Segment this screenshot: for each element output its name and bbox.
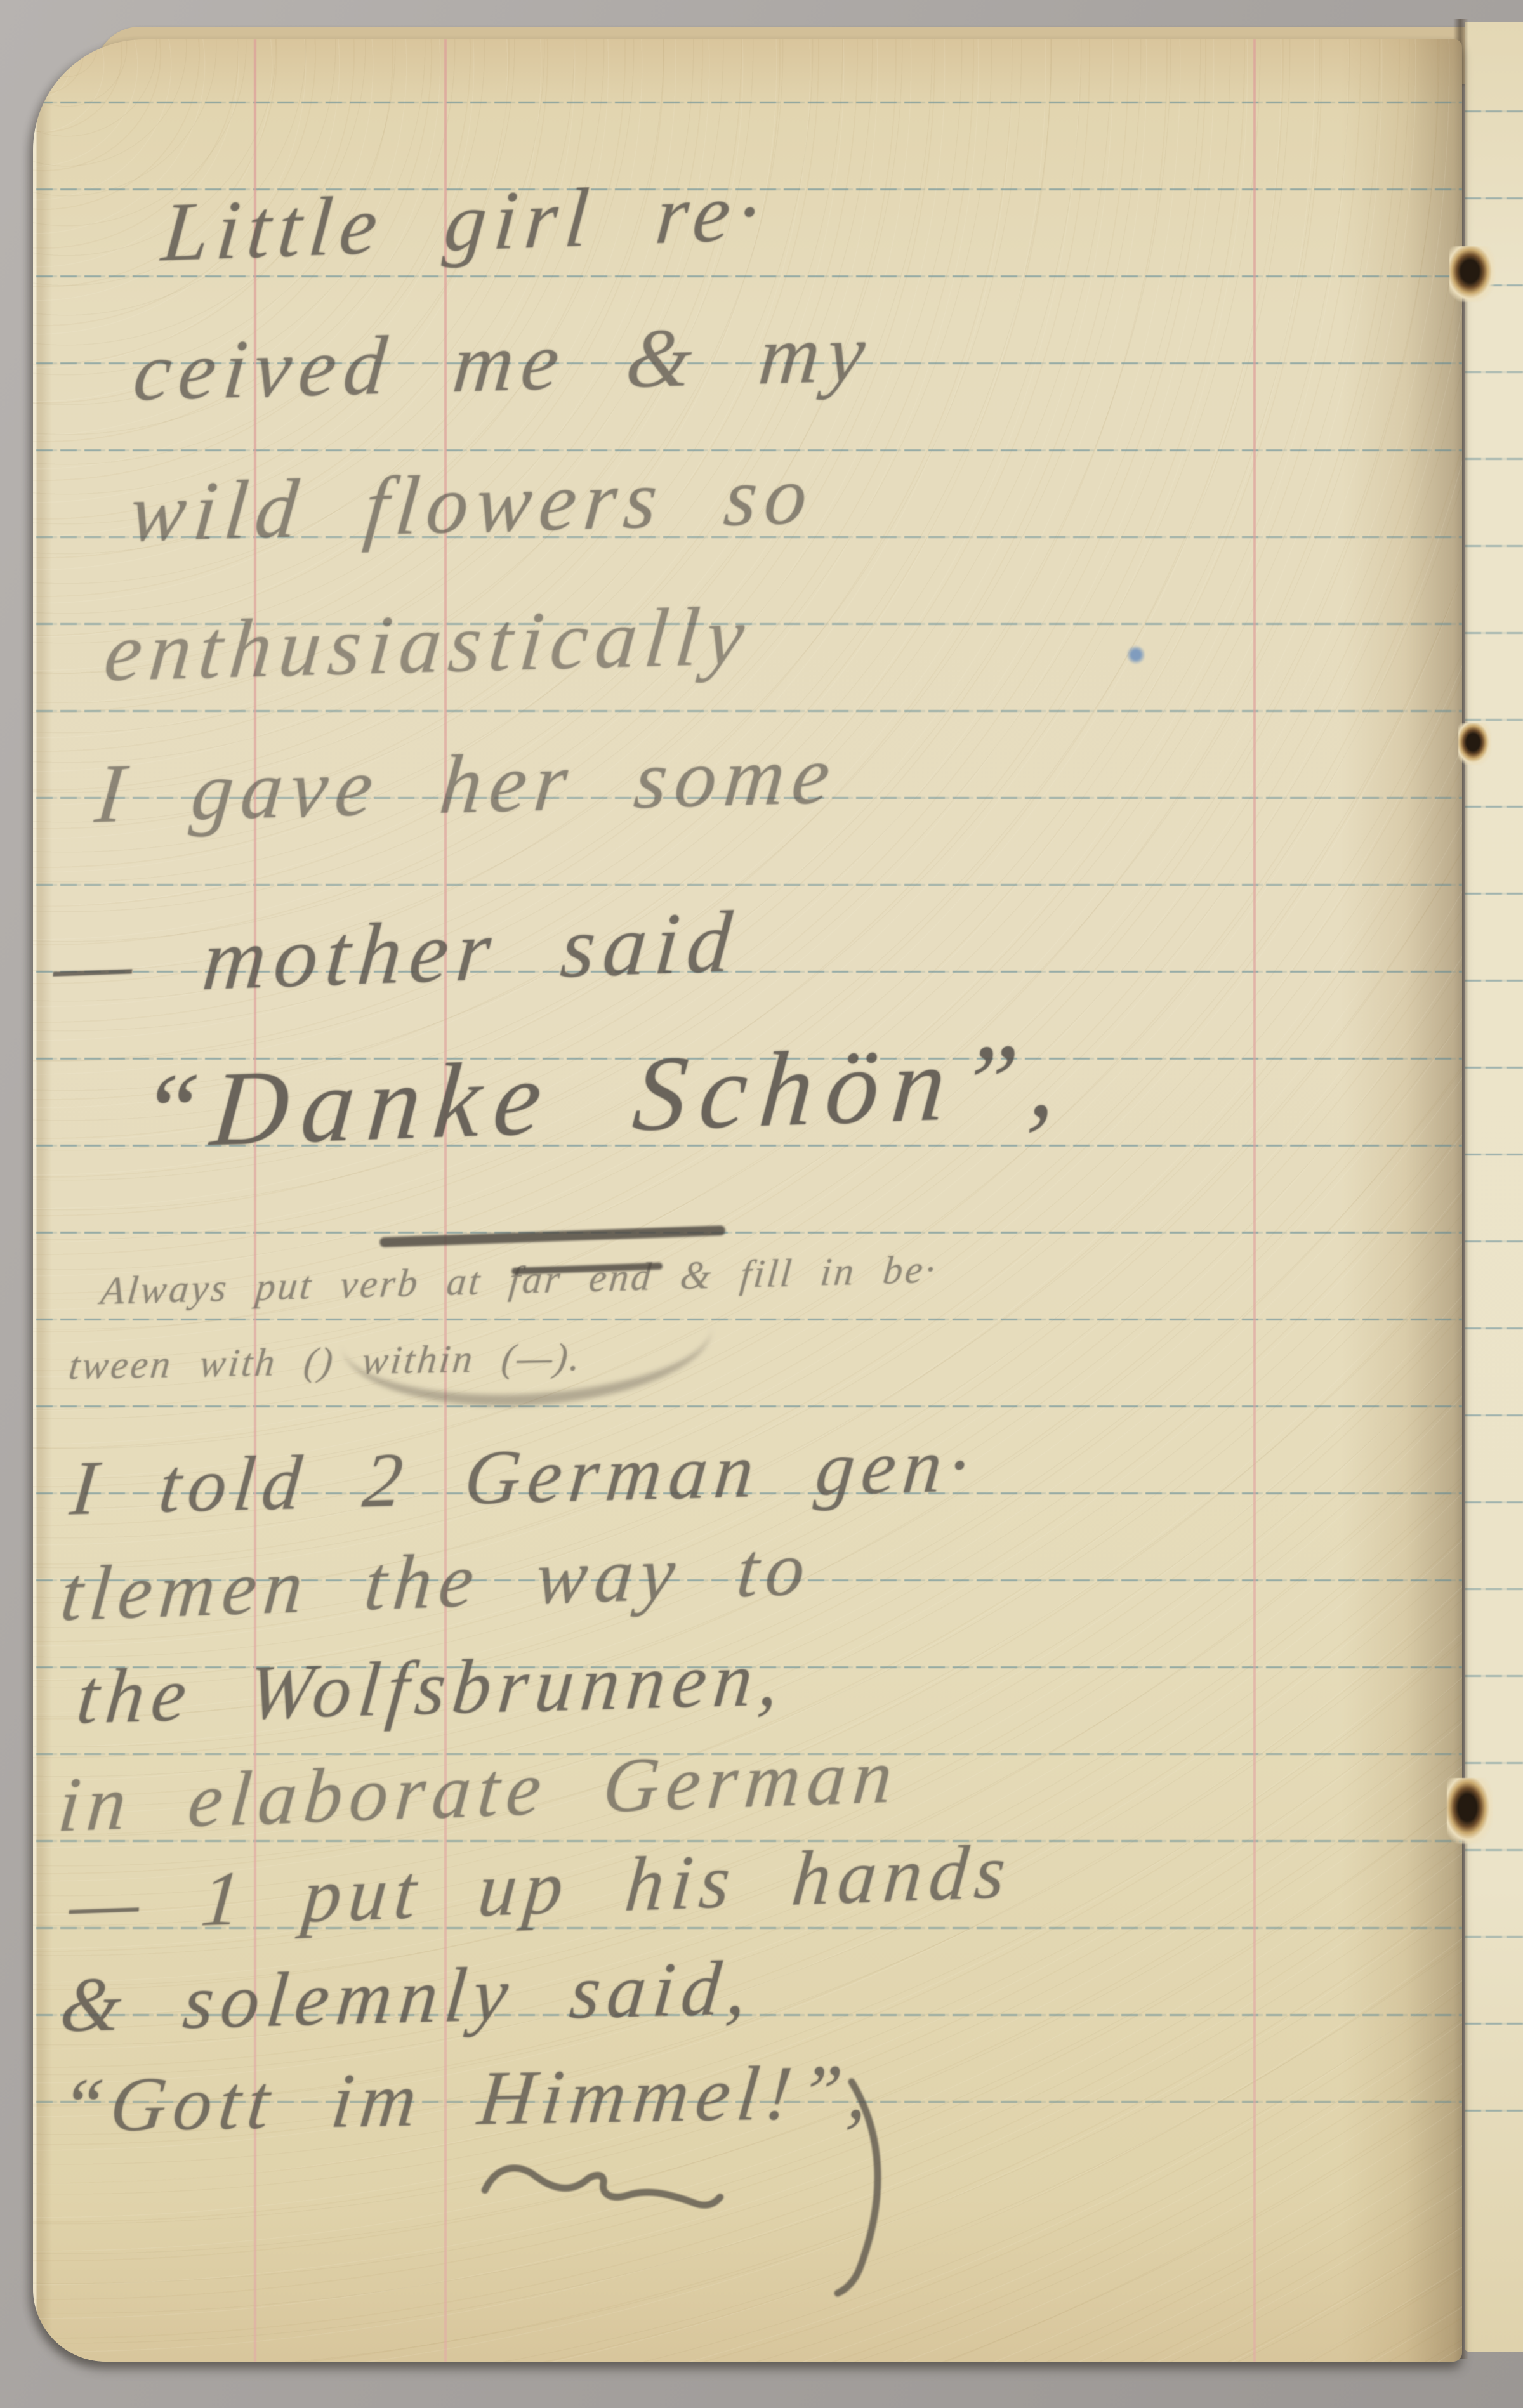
- closing-paren-swash: [833, 2078, 909, 2297]
- handwriting-line: tlemen the way to: [58, 1530, 815, 1634]
- handwriting-line: Always put verb at far end & fill in be·: [99, 1249, 939, 1311]
- handwriting-line: — 1 put up his hands: [67, 1832, 1015, 1943]
- stitch-hole-bottom: [1447, 1778, 1493, 1844]
- final-flourish: [477, 2142, 727, 2224]
- stitch-hole-middle: [1458, 723, 1491, 765]
- handwriting-line: in elaborate German: [55, 1737, 902, 1845]
- handwriting-line: Little girl re·: [159, 169, 770, 275]
- handwriting-line: “Danke Schön”,: [135, 1026, 1074, 1166]
- blue-ink-speck: [1127, 645, 1145, 665]
- handwriting-line: & solemnly said,: [57, 1949, 757, 2044]
- stitch-hole-top: [1449, 246, 1495, 302]
- handwriting-line: enthusiastically: [101, 593, 755, 694]
- handwriting-line: I told 2 German gen·: [67, 1426, 979, 1528]
- scan-background: { "meta": { "kind": "handwritten noteboo…: [0, 0, 1523, 2408]
- handwriting-line: — mother said: [51, 897, 743, 1009]
- underline-danke-heavy: [379, 1225, 725, 1247]
- handwriting-line: ceived me & my: [130, 311, 876, 414]
- handwriting-line: “Gott im Himmel!”,: [56, 2053, 879, 2145]
- handwriting-line: wild flowers so: [126, 453, 818, 555]
- handwriting-layer: Little girl re·ceived me & mywild flower…: [0, 0, 1523, 2408]
- handwriting-line: the Wolfsbrunnen,: [74, 1640, 789, 1737]
- handwriting-line: I gave her some: [92, 732, 841, 836]
